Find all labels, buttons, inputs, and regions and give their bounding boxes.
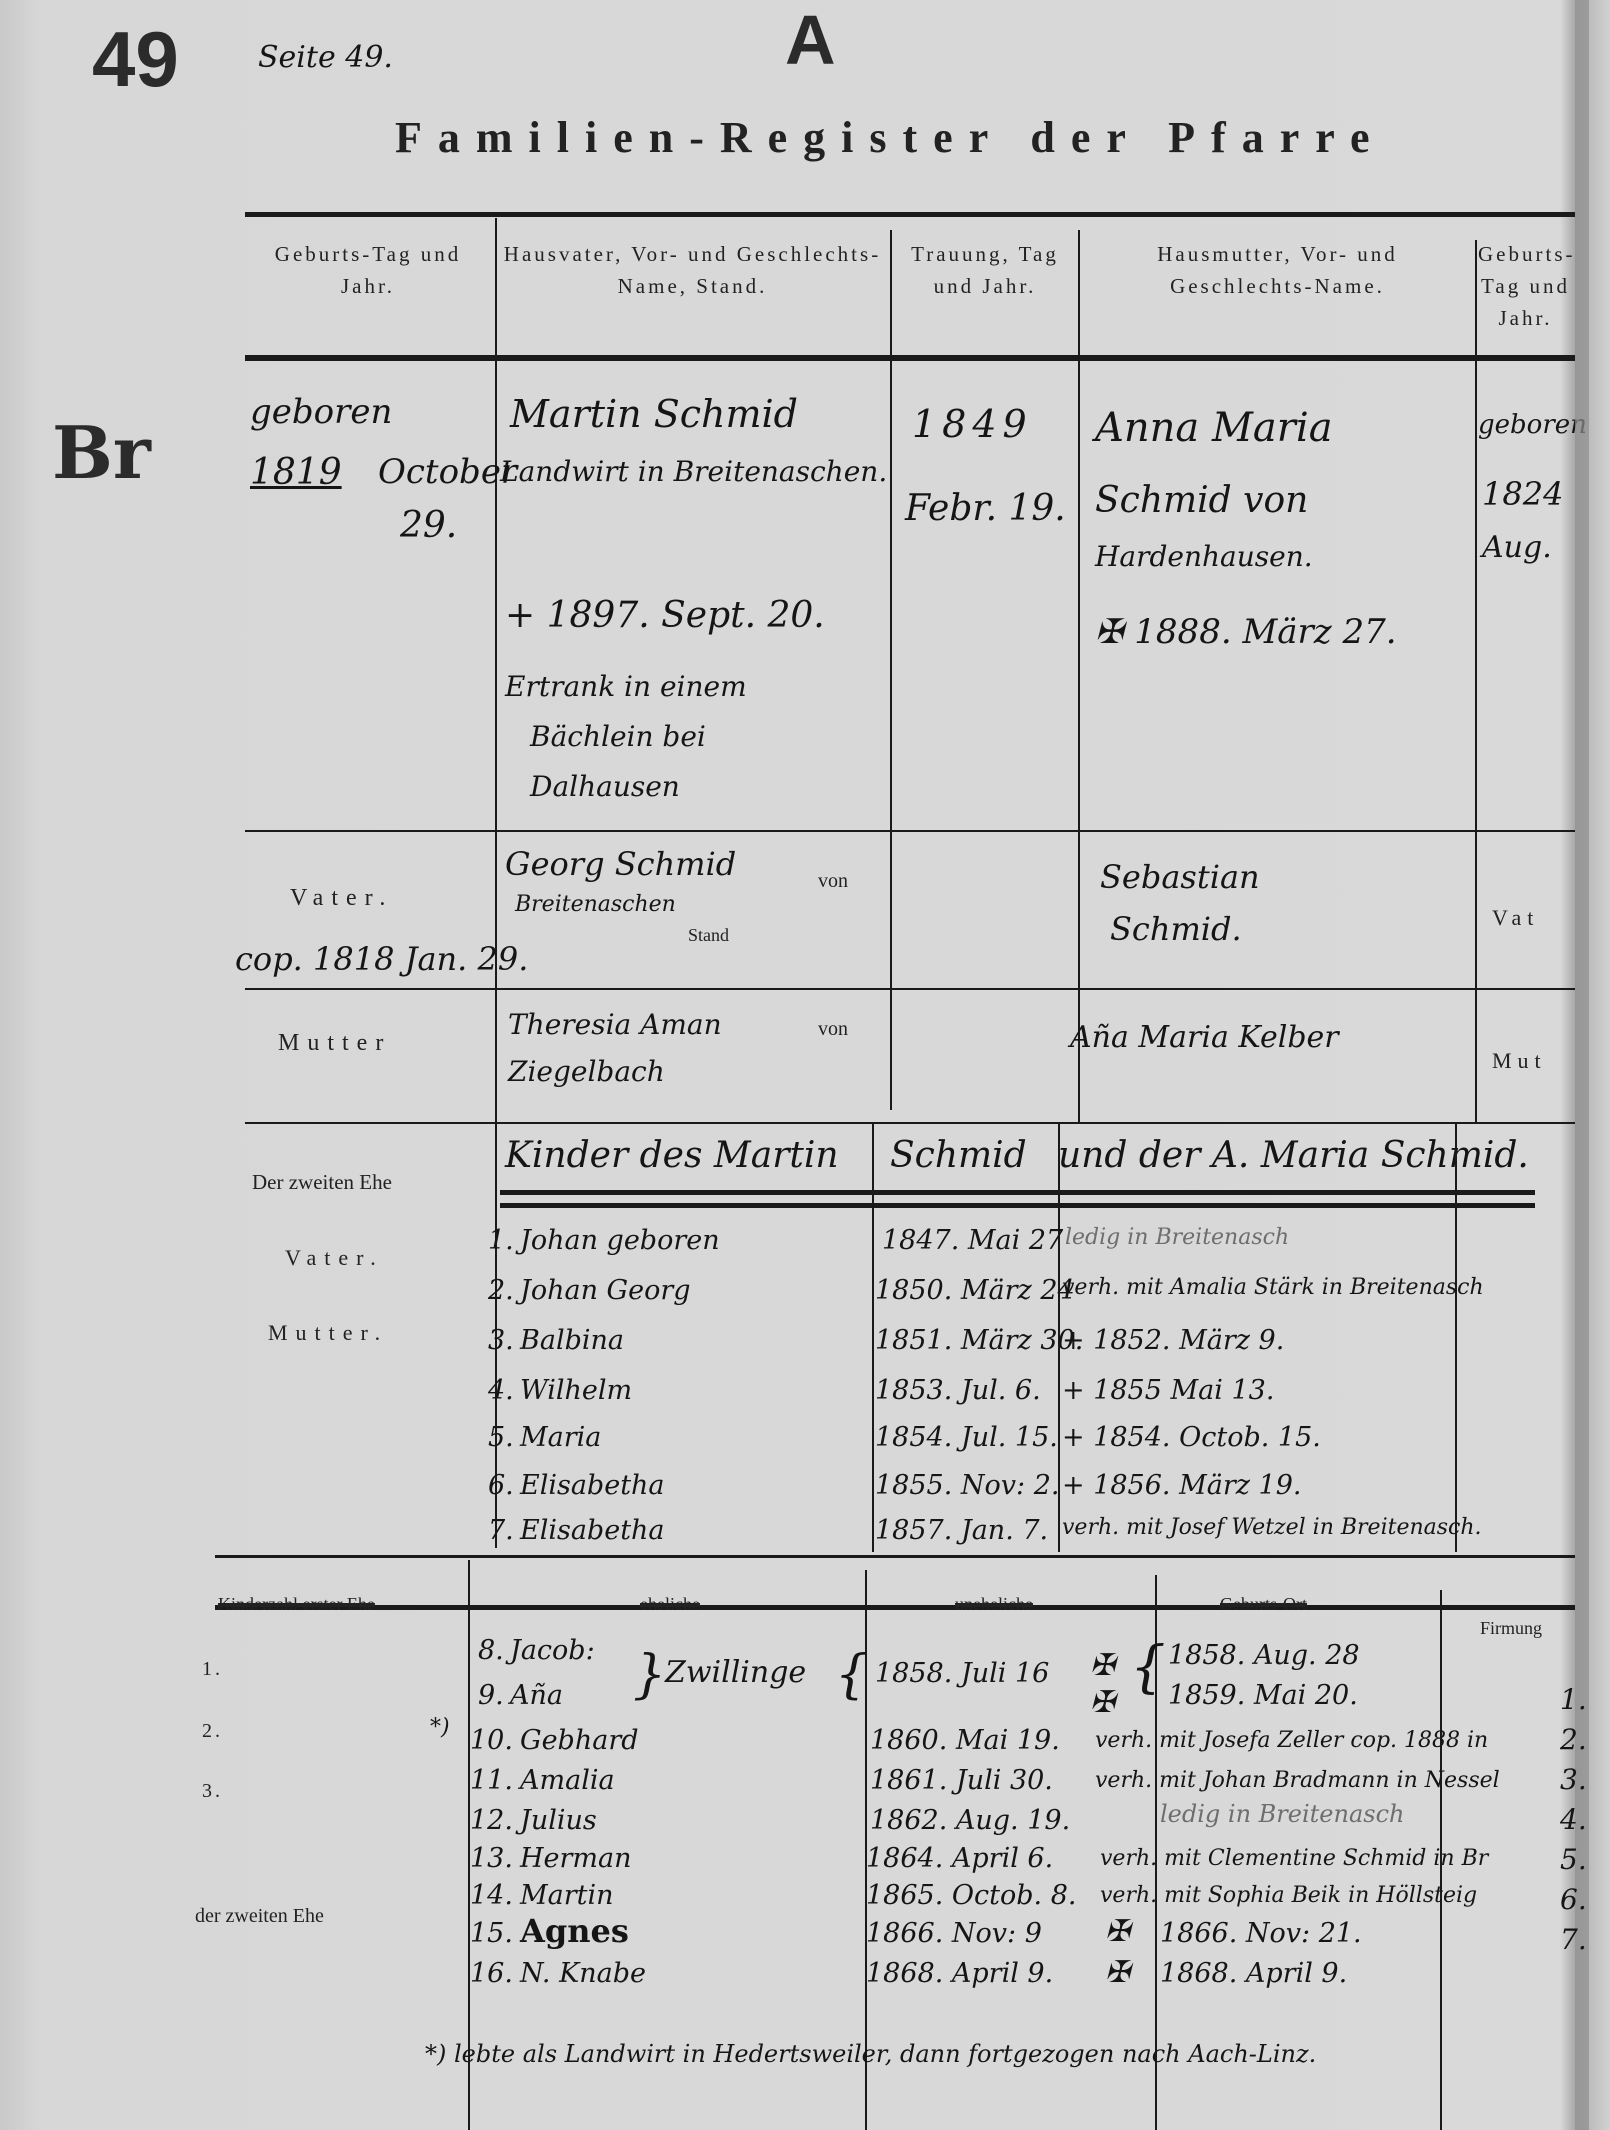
husband-mother-place: Ziegelbach (508, 1055, 665, 1088)
right-edge-number: 2. (1560, 1720, 1610, 1760)
section-rule (215, 1555, 1575, 1558)
children-heading: und der A. Maria Schmid. (1058, 1135, 1529, 1176)
child-number: 8. (478, 1635, 504, 1666)
row-rule (245, 1122, 1575, 1124)
husband-birth-year: 1819 (250, 452, 342, 493)
column-divider (890, 230, 892, 1110)
husband-death-note: Ertrank in einem (505, 670, 747, 703)
column-header-wife: Hausmutter, Vor- und Geschlechts-Name. (1085, 238, 1470, 302)
row-rule (245, 830, 1575, 832)
children-mutter-label: Mutter. (268, 1320, 388, 1346)
page-reference: Seite 49. (258, 40, 393, 75)
right-edge-number: 5. (1560, 1840, 1610, 1880)
column-header-marriage: Trauung, Tag und Jahr. (895, 238, 1075, 302)
child-name: Johan Georg (520, 1275, 691, 1306)
child-birth: 1857. Jan. 7. (875, 1515, 1048, 1546)
wife-birth-label: geboren (1478, 410, 1587, 440)
register-letter: A (785, 0, 836, 80)
husband-father-name: Georg Schmid (505, 845, 736, 883)
child-name: N. Knabe (520, 1958, 646, 1989)
child-number: 12. (470, 1805, 513, 1836)
child-name: Amalia (520, 1765, 615, 1796)
strike-rule (215, 1605, 1575, 1610)
mutter-label: Mutter (278, 1030, 391, 1057)
child-name: Elisabetha (520, 1515, 665, 1546)
child-number: 7. (488, 1515, 514, 1546)
children-heading: Schmid (890, 1135, 1027, 1176)
death-brace-icon: { (1130, 1635, 1166, 1700)
wife-origin: Hardenhausen. (1095, 540, 1313, 573)
child-birth: 1855. Nov: 2. (875, 1470, 1059, 1501)
right-edge-number: 3. (1560, 1760, 1610, 1800)
child-birth: 1850. März 24 (875, 1275, 1075, 1306)
page-number: 49 (92, 14, 179, 105)
child-name: Aña (510, 1680, 563, 1711)
left-number: 3. (202, 1780, 223, 1803)
column-divider (1455, 1122, 1457, 1552)
child-note: verh. mit Clementine Schmid in Br (1100, 1846, 1488, 1871)
child-number: 11. (470, 1765, 513, 1796)
child-number: 4. (488, 1375, 514, 1406)
death-cross-icon: ✠ (1090, 1648, 1115, 1683)
husband-mother-name: Theresia Aman (508, 1008, 722, 1041)
child-note: 1858. Aug. 28 (1168, 1640, 1360, 1671)
right-edge-numbers: 1. 2. 3. 4. 5. 6. 7. (1560, 1680, 1610, 1960)
child-birth: 1862. Aug. 19. (870, 1805, 1070, 1836)
marriage-date: Febr. 19. (905, 488, 1066, 529)
header-bottom-rule (245, 355, 1575, 361)
child-number: 9. (478, 1680, 504, 1711)
right-vater-label: Vat (1492, 905, 1539, 931)
child-note: verh. mit Johan Bradmann in Nessel (1095, 1768, 1500, 1793)
child-name: Julius (520, 1805, 597, 1836)
child-name: Balbina (520, 1325, 624, 1356)
child-note: 1868. April 9. (1160, 1958, 1347, 1989)
child-birth: 1865. Octob. 8. (866, 1880, 1076, 1911)
child-number: 14. (470, 1880, 513, 1911)
husband-death-note: Bächlein bei (530, 720, 706, 753)
footnote: *) lebte als Landwirt in Hedertsweiler, … (425, 2040, 1316, 2068)
child-note: verh. mit Josefa Zeller cop. 1888 in (1095, 1728, 1488, 1753)
child-name: Jacob: (510, 1635, 595, 1666)
right-edge-number: 6. (1560, 1880, 1610, 1920)
child-birth: 1854. Jul. 15. (875, 1422, 1058, 1453)
right-mutter-label: Mut (1492, 1048, 1547, 1074)
husband-parents-marriage: cop. 1818 Jan. 29. (235, 940, 528, 978)
column-divider (872, 1122, 874, 1552)
husband-occupation: Landwirt in Breitenaschen. (500, 455, 887, 488)
child-name: Martin (520, 1880, 614, 1911)
child-number: 10. (470, 1725, 513, 1756)
death-cross-icon: ✠ (1105, 1955, 1130, 1990)
wife-mother-name: Aña Maria Kelber (1070, 1020, 1339, 1055)
child-number: 3. (488, 1325, 514, 1356)
wife-birth-month: Aug. (1482, 530, 1552, 565)
column-divider (1475, 240, 1477, 840)
wife-father-surname: Schmid. (1110, 910, 1242, 948)
child-birth: 1847. Mai 27 (882, 1225, 1063, 1256)
husband-death-note: Dalhausen (530, 770, 680, 803)
column-divider (1078, 230, 1080, 830)
right-edge-number: 7. (1560, 1920, 1610, 1960)
husband-father-place: Breitenaschen (515, 892, 676, 917)
double-rule (500, 1203, 1535, 1208)
column-header-wife-birth: Geburts-Tag und Jahr. (1478, 238, 1573, 334)
column-divider (1078, 830, 1080, 1122)
wife-name: Anna Maria (1095, 405, 1333, 451)
child-birth: 1861. Juli 30. (870, 1765, 1053, 1796)
wife-death: ✠ 1888. März 27. (1095, 612, 1397, 652)
footnote-marker: *) (430, 1715, 450, 1740)
double-rule (500, 1190, 1535, 1195)
second-marriage-label: der zweiten Ehe (195, 1905, 324, 1928)
child-name: Maria (520, 1422, 601, 1453)
child-number: 15. (470, 1918, 513, 1949)
twins-brace-icon: } (633, 1645, 666, 1705)
child-name: Wilhelm (520, 1375, 632, 1406)
child-number: 5. (488, 1422, 514, 1453)
header-top-rule (245, 212, 1575, 217)
vater-label: Vater. (290, 885, 393, 912)
child-note: 1866. Nov: 21. (1160, 1918, 1362, 1949)
death-cross-icon: ✠ (1105, 1914, 1130, 1949)
struck-header: Geburts-Ort (1220, 1594, 1307, 1615)
right-edge-number: 1. (1560, 1680, 1610, 1720)
children-vater-label: Vater. (285, 1245, 384, 1271)
child-birth: 1858. Juli 16 (875, 1658, 1049, 1689)
child-note: + 1854. Octob. 15. (1062, 1422, 1321, 1453)
column-divider (1475, 840, 1477, 1122)
child-note: + 1856. März 19. (1062, 1470, 1301, 1501)
child-name: Johan geboren (520, 1225, 720, 1256)
husband-father-von: von (818, 870, 848, 893)
twins-label: Zwillinge (665, 1655, 806, 1690)
child-birth: 1868. April 9. (866, 1958, 1053, 1989)
child-number: 16. (470, 1958, 513, 1989)
right-edge-number: 4. (1560, 1800, 1610, 1840)
husband-name: Martin Schmid (510, 392, 798, 436)
struck-header: eheliche (640, 1594, 700, 1615)
husband-birth-label: geboren (250, 392, 392, 432)
child-birth: 1864. April 6. (866, 1843, 1053, 1874)
death-cross-icon: ✠ (1090, 1685, 1115, 1720)
husband-birth-day: 29. (400, 505, 457, 546)
child-number: 6. (488, 1470, 514, 1501)
child-name: Gebhard (520, 1725, 639, 1756)
child-birth: 1860. Mai 19. (870, 1725, 1060, 1756)
register-page: 49 Seite 49. A Familien-Register der Pfa… (0, 0, 1610, 2130)
child-birth: 1866. Nov: 9 (866, 1918, 1042, 1949)
struck-header: Kinderzahl erster Ehe (218, 1594, 375, 1615)
child-birth: 1853. Jul. 6. (875, 1375, 1041, 1406)
child-note: verh. mit Josef Wetzel in Breitenasch. (1062, 1515, 1482, 1540)
husband-mother-von: von (818, 1018, 848, 1041)
husband-birth-month: October (378, 452, 517, 492)
child-number: 13. (470, 1843, 513, 1874)
column-header-birth: Geburts-Tag und Jahr. (248, 238, 488, 302)
left-number: 2. (202, 1720, 223, 1743)
children-heading: Kinder des Martin (505, 1135, 839, 1176)
margin-mark: Br (52, 410, 151, 495)
child-note: ledig in Breitenasch (1160, 1800, 1405, 1828)
child-note: verh. mit Amalia Stärk in Breitenasch (1062, 1275, 1484, 1300)
second-marriage-label: Der zweiten Ehe (252, 1170, 392, 1195)
twins-brace-icon: { (835, 1645, 868, 1705)
child-name: Herman (520, 1843, 632, 1874)
child-name: Agnes (520, 1912, 629, 1950)
wife-surname: Schmid von (1095, 480, 1308, 521)
row-rule (245, 988, 1575, 990)
child-note: 1859. Mai 20. (1168, 1680, 1358, 1711)
child-note: + 1855 Mai 13. (1062, 1375, 1274, 1406)
child-note: ledig in Breitenasch (1065, 1225, 1289, 1250)
stand-label: Stand (688, 925, 729, 946)
husband-death: + 1897. Sept. 20. (505, 595, 825, 636)
child-number: 1. (488, 1225, 514, 1256)
struck-header: uneheliche (955, 1594, 1033, 1615)
page-title: Familien-Register der Pfarre (395, 112, 1385, 163)
wife-birth-year: 1824 (1482, 475, 1563, 513)
wife-father-name: Sebastian (1100, 858, 1260, 896)
marriage-year: 1849 (912, 402, 1033, 446)
column-header-husband: Hausvater, Vor- und Geschlechts-Name, St… (500, 238, 885, 302)
struck-header: Firmung (1480, 1618, 1542, 1639)
child-number: 2. (488, 1275, 514, 1306)
child-note: verh. mit Sophia Beik in Höllsteig (1100, 1883, 1477, 1908)
child-birth: 1851. März 30. (875, 1325, 1083, 1356)
left-number: 1. (202, 1658, 223, 1681)
child-name: Elisabetha (520, 1470, 665, 1501)
child-note: + 1852. März 9. (1062, 1325, 1284, 1356)
